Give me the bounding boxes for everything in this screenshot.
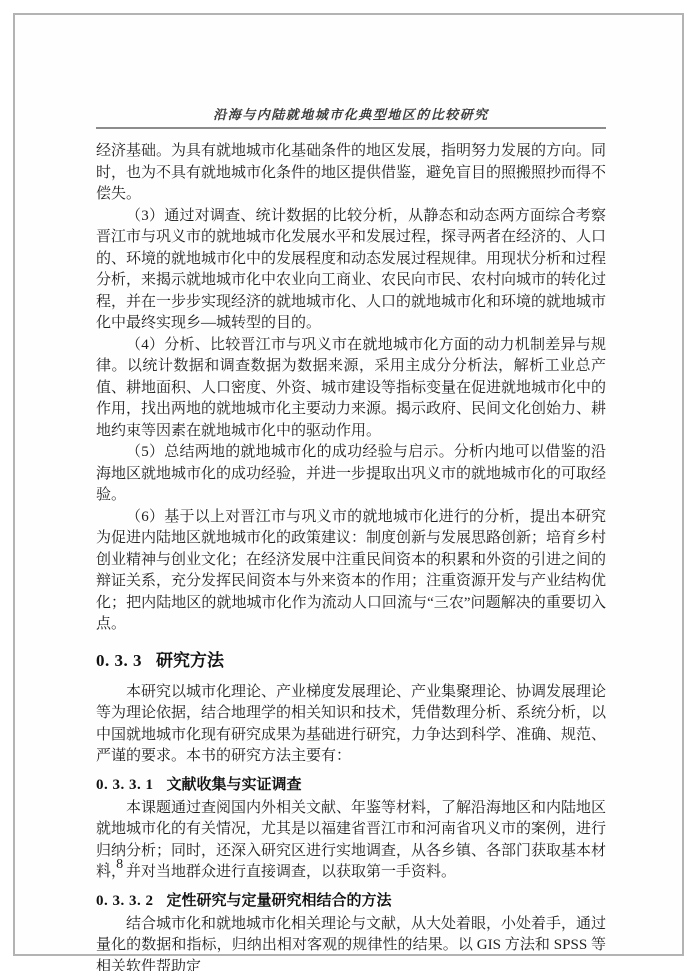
section-heading-0-3-3: 0. 3. 3研究方法: [96, 646, 606, 671]
subsection-number: 0. 3. 3. 1: [96, 777, 154, 793]
subsection-title: 定性研究与定量研究相结合的方法: [167, 892, 392, 909]
header-rule: [96, 127, 606, 129]
paragraph-item-6: （6）基于以上对晋江市与巩义市的就地城市化进行的分析，提出本研究为促进内陆地区就…: [96, 507, 606, 636]
page-number: · 8 ·: [104, 857, 137, 873]
subsection-heading-0-3-3-2: 0. 3. 3. 2定性研究与定量研究相结合的方法: [96, 889, 606, 910]
subsection-title: 文献收集与实证调查: [167, 776, 302, 793]
subsection-heading-0-3-3-1: 0. 3. 3. 1文献收集与实证调查: [96, 773, 606, 794]
paragraph-methods-intro: 本研究以城市化理论、产业梯度发展理论、产业集聚理论、协调发展理论等为理论依据，结…: [96, 682, 606, 768]
running-header-title: 沿海与内陆就地城市化典型地区的比较研究: [96, 104, 606, 123]
section-number: 0. 3. 3: [96, 651, 142, 670]
section-title: 研究方法: [156, 651, 224, 670]
paragraph-item-4: （4）分析、比较晋江市与巩义市在就地城市化方面的动力机制差异与规律。以统计数据和…: [96, 335, 606, 443]
paragraph-continuation: 经济基础。为具有就地城市化基础条件的地区发展，指明努力发展的方向。同时，也为不具…: [96, 141, 606, 206]
paragraph-literature-survey: 本课题通过查阅国内外相关文献、年鉴等材料，了解沿海地区和内陆地区就地城市化的有关…: [96, 798, 606, 884]
paragraph-item-3: （3）通过对调查、统计数据的比较分析，从静态和动态两方面综合考察晋江市与巩义市的…: [96, 206, 606, 335]
subsection-number: 0. 3. 3. 2: [96, 893, 154, 909]
paragraph-item-5: （5）总结两地的就地城市化的成功经验与启示。分析内地可以借鉴的沿海地区就地城市化…: [96, 442, 606, 507]
paragraph-qualitative-quantitative: 结合城市化和就地城市化相关理论与文献，从大处着眼，小处着手，通过量化的数据和指标…: [96, 914, 606, 971]
scanned-book-page: 沿海与内陆就地城市化典型地区的比较研究 经济基础。为具有就地城市化基础条件的地区…: [0, 0, 700, 971]
page-body: 经济基础。为具有就地城市化基础条件的地区发展，指明努力发展的方向。同时，也为不具…: [96, 141, 606, 971]
